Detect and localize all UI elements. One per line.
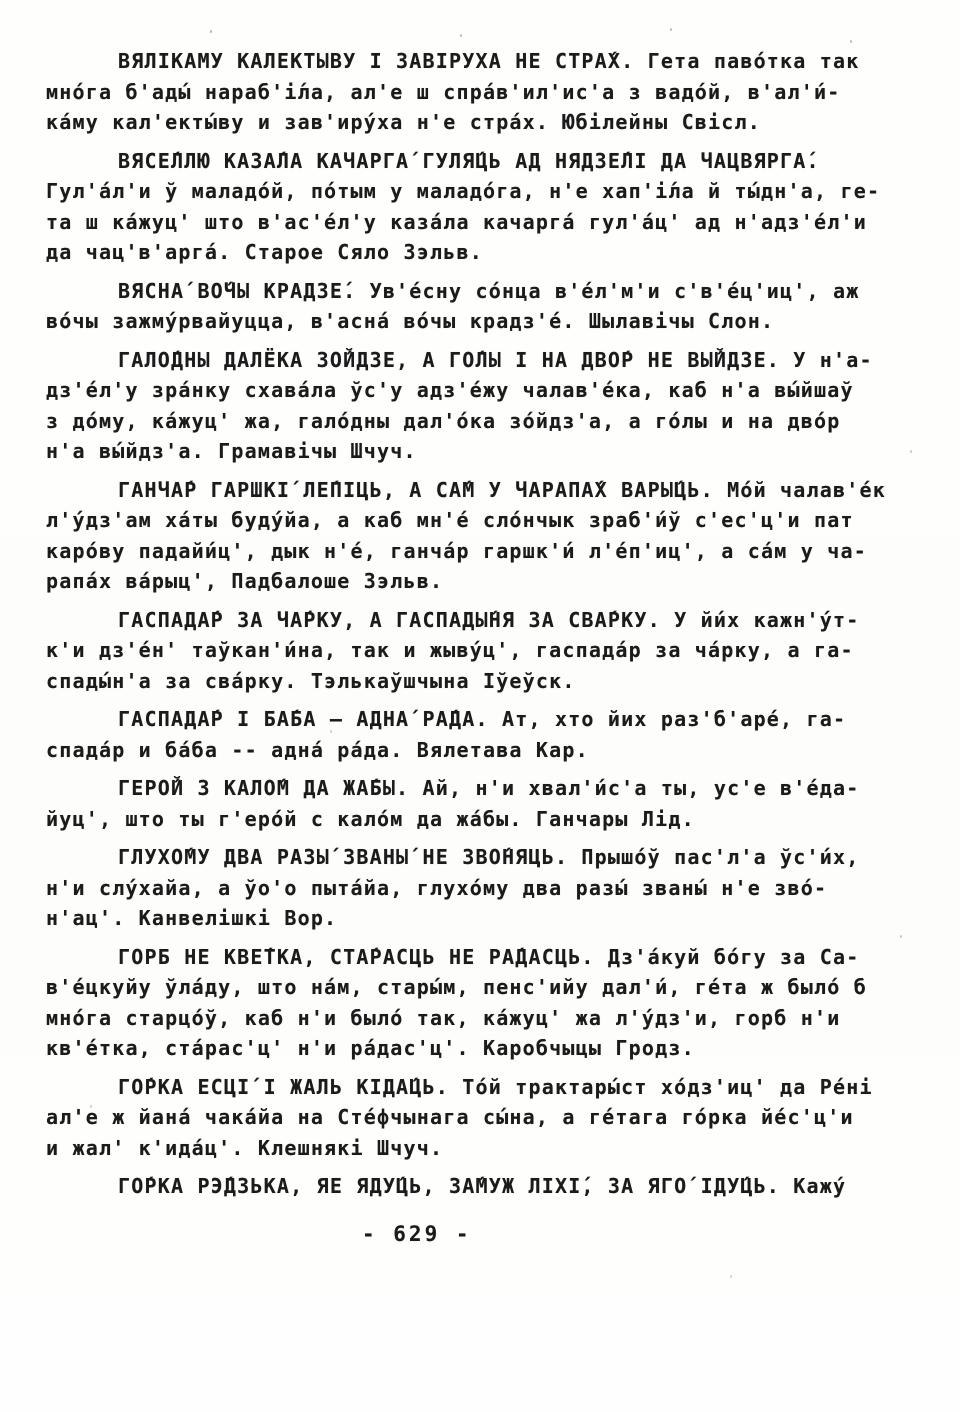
proverb-entry: ВЯСНА́ ВО́ЧЫ КРАДЗЕ́. Ув'е́сну со́нца в'… [46,276,912,337]
text-line: з до́му, ка́жуц' жа, гало́дны дал'о́ка з… [46,406,912,437]
scanned-page: ВЯЛІКАМУ КАЛЕКТЫВУ І ЗАВІРУХА НЕ СТРА́Х.… [0,0,960,1412]
text-line: н'ац'. Канвелішкі Вор. [46,903,912,934]
proverb-first-line: ГАЛО́ДНЫ ДАЛЁКА ЗО́ЙДЗЕ, А ГО́ЛЫ І НА ДВ… [46,345,912,376]
text-line: та ш ка́жуц' што в'ас'е́л'у каза́ла кача… [46,207,912,238]
proverb-first-line: ВЯСНА́ ВО́ЧЫ КРАДЗЕ́. Ув'е́сну со́нца в'… [46,276,912,307]
proverb-entry: ГЛУХО́МУ ДВА РАЗЫ́ ЗВАНЫ́ НЕ ЗВО́НЯЦЬ. П… [46,842,912,934]
text-line: спады́н'а за сва́рку. Тэлькаўшчына Іўеўс… [46,666,912,697]
proverb-first-line: ГАНЧА́Р ГАРШКІ́ ЛЕ́ПІЦЬ, А СА́М У ЧАРАПА… [46,475,912,506]
text-block: ВЯЛІКАМУ КАЛЕКТЫВУ І ЗАВІРУХА НЕ СТРА́Х.… [46,46,912,1249]
proverb-first-line: ВЯСЕ́ЛЛЮ КАЗА́ЛА КАЧАРГА́ ГУЛЯ́ЦЬ АД НЯД… [46,146,912,177]
proverb-entry: ГАНЧА́Р ГАРШКІ́ ЛЕ́ПІЦЬ, А СА́М У ЧАРАПА… [46,475,912,597]
proverb-entry: ГОРБ НЕ КВЕ́ТКА, СТА́РАСЦЬ НЕ РА́ДАСЦЬ. … [46,942,912,1064]
proverb-first-line: ГЛУХО́МУ ДВА РАЗЫ́ ЗВАНЫ́ НЕ ЗВО́НЯЦЬ. П… [46,842,912,873]
text-line: кв'е́тка, ста́рас'ц' н'и ра́дас'ц'. Каро… [46,1033,912,1064]
proverb-entry: ВЯЛІКАМУ КАЛЕКТЫВУ І ЗАВІРУХА НЕ СТРА́Х.… [46,46,912,138]
text-line: н'и слу́хайа, а ўо'о пыта́йа, глухо́му д… [46,873,912,904]
text-line: мно́га б'ады́ нараб'і́ла, ал'е ш спра́в'… [46,77,912,108]
proverb-entry: ГЕРО́Й З КАЛО́М ДА ЖА́БЫ. Ай, н'и хвал'и… [46,773,912,834]
proverb-first-line: ГО́РКА РЭ́ДЗЬКА, ЯЕ ЯДУ́ЦЬ, ЗА́МУЖ ЛІХІ́… [46,1171,912,1202]
text-line: ка́му кал'екты́ву и зав'иру́ха н'е стра́… [46,107,912,138]
proverb-first-line: ГЕРО́Й З КАЛО́М ДА ЖА́БЫ. Ай, н'и хвал'и… [46,773,912,804]
text-line: ал'е ж йана́ чака́йа на Сте́фчынага сы́н… [46,1102,912,1133]
text-line: н'а вы́йдз'а. Грамавічы Шчуч. [46,436,912,467]
proverb-entry: ГО́РКА ЕСЦІ́ І ЖАЛЬ КІДА́ЦЬ. То́й тракта… [46,1072,912,1164]
page-number: - 629 - [46,1219,912,1250]
text-line: йуц', што ты г'еро́й с кало́м да жа́бы. … [46,804,912,835]
proverb-entry: ГО́РКА РЭ́ДЗЬКА, ЯЕ ЯДУ́ЦЬ, ЗА́МУЖ ЛІХІ́… [46,1171,912,1202]
text-line: Гул'а́л'и ў маладо́й, по́тым у маладо́га… [46,176,912,207]
text-line: и жал' к'ида́ц'. Клешнякі Шчуч. [46,1133,912,1164]
proverb-entry: ГАСПАДА́Р ЗА ЧА́РКУ, А ГАСПАДЫ́НЯ ЗА СВА… [46,605,912,697]
proverb-entry: ГАЛО́ДНЫ ДАЛЁКА ЗО́ЙДЗЕ, А ГО́ЛЫ І НА ДВ… [46,345,912,467]
proverb-entry: ГАСПАДА́Р І БА́БА — АДНА́ РА́ДА. Ат, хто… [46,704,912,765]
text-line: рапа́х ва́рыц', Падбалоше Зэльв. [46,566,912,597]
proverb-first-line: ГОРБ НЕ КВЕ́ТКА, СТА́РАСЦЬ НЕ РА́ДАСЦЬ. … [46,942,912,973]
text-line: л'у́дз'ам ха́ты буду́йа, а каб мн'е́ сло… [46,505,912,536]
text-line: каро́ву падайи́ц', дык н'е́, ганча́р гар… [46,536,912,567]
text-line: спада́р и ба́ба -- адна́ ра́да. Вялетава… [46,735,912,766]
text-line: да чац'в'арга́. Старое Сяло Зэльв. [46,237,912,268]
proverb-first-line: ГАСПАДА́Р І БА́БА — АДНА́ РА́ДА. Ат, хто… [46,704,912,735]
proverb-first-line: ГАСПАДА́Р ЗА ЧА́РКУ, А ГАСПАДЫ́НЯ ЗА СВА… [46,605,912,636]
proverb-first-line: ГО́РКА ЕСЦІ́ І ЖАЛЬ КІДА́ЦЬ. То́й тракта… [46,1072,912,1103]
text-line: дз'е́л'у зра́нку схава́ла ўс'у адз'е́жу … [46,375,912,406]
text-line: в'е́цкуйу ўла́ду, што на́м, стары́м, пен… [46,972,912,1003]
text-line: во́чы зажму́рвайуцца, в'асна́ во́чы крад… [46,306,912,337]
proverb-entry: ВЯСЕ́ЛЛЮ КАЗА́ЛА КАЧАРГА́ ГУЛЯ́ЦЬ АД НЯД… [46,146,912,268]
text-line: к'и дз'е́н' таўкан'и́на, так и жыву́ц', … [46,635,912,666]
scan-noise-speckles [210,30,212,33]
text-line: мно́га старцо́ў, каб н'и было́ так, ка́ж… [46,1003,912,1034]
proverb-first-line: ВЯЛІКАМУ КАЛЕКТЫВУ І ЗАВІРУХА НЕ СТРА́Х.… [46,46,912,77]
